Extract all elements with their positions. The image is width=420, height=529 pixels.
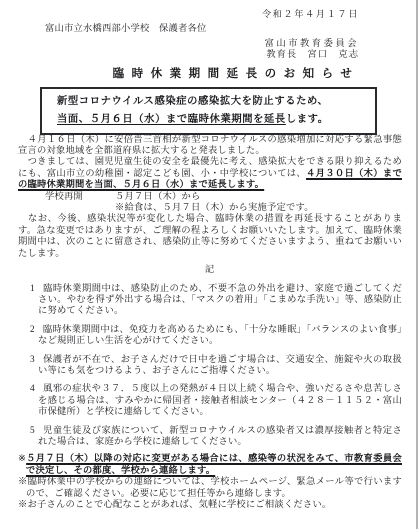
footnote-marker: ※ [18,500,28,510]
list-item-2: 2臨時休業期間中は、免疫力を高めるためにも、「十分な睡眠」「バランスのよい食事」… [30,325,402,348]
item-text: 臨時休業期間中は、感染防止のため、不要不急の外出を避け、家庭で過ごしてください。… [38,284,402,317]
list-item-4: 4風邪の症状や３７．５度以上の発熱が４日以上続く場合や、強いだるさや息苦しさを感… [30,384,402,418]
item-number: 4 [30,384,35,394]
list-item-5: 5児童生徒及び家族について、新型コロナウイルスの感染者又は濃厚接触者と特定された… [30,426,402,449]
paragraph-announcement: ４月１６日（木）に安倍晋三首相が新型コロナウイルスの感染増加に対応する緊急事態宣… [18,135,402,158]
notice-box-line2-tail: します。 [286,114,329,125]
footnote-1: ※５月７日（木）以降の対応に変更がある場合には、感染等の状況をみて、市教育委員会… [18,454,402,477]
footnotes: ※５月７日（木）以降の対応に変更がある場合には、感染等の状況をみて、市教育委員会… [18,454,402,511]
item-text: 臨時休業期間中は、免疫力を高めるためにも、「十分な睡眠」「バランスのよい食事」な… [38,325,402,346]
sender-organization: 富山市教育委員会 [18,39,359,50]
scan-edge-artifact [416,0,418,529]
item-number: 5 [30,426,35,436]
reopen-label: 学校再開 [45,192,115,203]
notice-box-line2: 当面、５月６日（水）まで臨時休業期間を延長します。 [57,111,369,129]
ki-heading: 記 [18,265,402,276]
footnote-marker: ※ [18,454,26,464]
footnote-text-emphasized: ５月７日（木）以降の対応に変更がある場合には、感染等の状況をみて、市教育委員会で… [26,454,402,475]
notice-document: 令和２年４月１７日 富山市立水橋西部小学校 保護者各位 富山市教育委員会 教育長… [0,0,420,529]
paragraph-extension: つきましては、園児児童生徒の安全を最優先に考え、感染拡大をできる限り抑えるために… [18,157,402,191]
reopen-line: 学校再開５月７日（木）から [45,192,402,203]
sender-person: 教育長 宮口 克志 [18,50,359,61]
footnote-text: お子さんのことで心配なことがあれば、気軽に学校にご相談ください。 [28,500,332,510]
list-item-1: 1臨時休業期間中は、感染防止のため、不要不急の外出を避け、家庭で過ごしてください… [30,284,402,318]
document-date: 令和２年４月１７日 [18,10,402,21]
item-number: 3 [30,355,35,365]
notice-box-line1: 新型コロナウイルス感染症の感染拡大を防止するため、 [57,93,369,111]
notice-box-line2-underlined: 当面、５月６日（水）まで臨時休業期間を延長 [57,114,286,125]
footnote-marker: ※ [18,477,28,487]
reopen-date: ５月７日（木）から [115,192,200,202]
page-title: 臨時休業期間延長のお知らせ [18,67,402,82]
footnote-text: 臨時休業中の学校からの連絡については、学校ホームページ、緊急メール等で行いますの… [26,477,402,498]
item-text: 保護者が不在で、お子さんだけで日中を過ごす場合は、交通安全、施錠や火の取扱い等に… [38,355,402,376]
footnote-3: ※お子さんのことで心配なことがあれば、気軽に学校にご相談ください。 [18,500,402,511]
addressee: 富山市立水橋西部小学校 保護者各位 [45,24,402,35]
item-number: 1 [30,284,35,294]
notice-box: 新型コロナウイルス感染症の感染拡大を防止するため、 当面、５月６日（水）まで臨時… [40,87,377,135]
item-text: 児童生徒及び家族について、新型コロナウイルスの感染者又は濃厚接触者と特定された場… [38,426,402,447]
item-text: 風邪の症状や３７．５度以上の発熱が４日以上続く場合や、強いだるさや息苦しさを感じ… [38,384,402,417]
list-item-3: 3保護者が不在で、お子さんだけで日中を過ごす場合は、交通安全、施錠や火の取扱い等… [30,355,402,378]
paragraph-request: なお、今後、感染状況等が変化した場合、臨時休業の措置を再延長することがあります。… [18,214,402,260]
lunch-note: ※給食は、５月７日（木）から実施予定です。 [115,203,402,214]
sender-block: 富山市教育委員会 教育長 宮口 克志 [18,39,402,62]
footnote-2: ※臨時休業中の学校からの連絡については、学校ホームページ、緊急メール等で行います… [18,477,402,500]
item-number: 2 [30,325,35,335]
